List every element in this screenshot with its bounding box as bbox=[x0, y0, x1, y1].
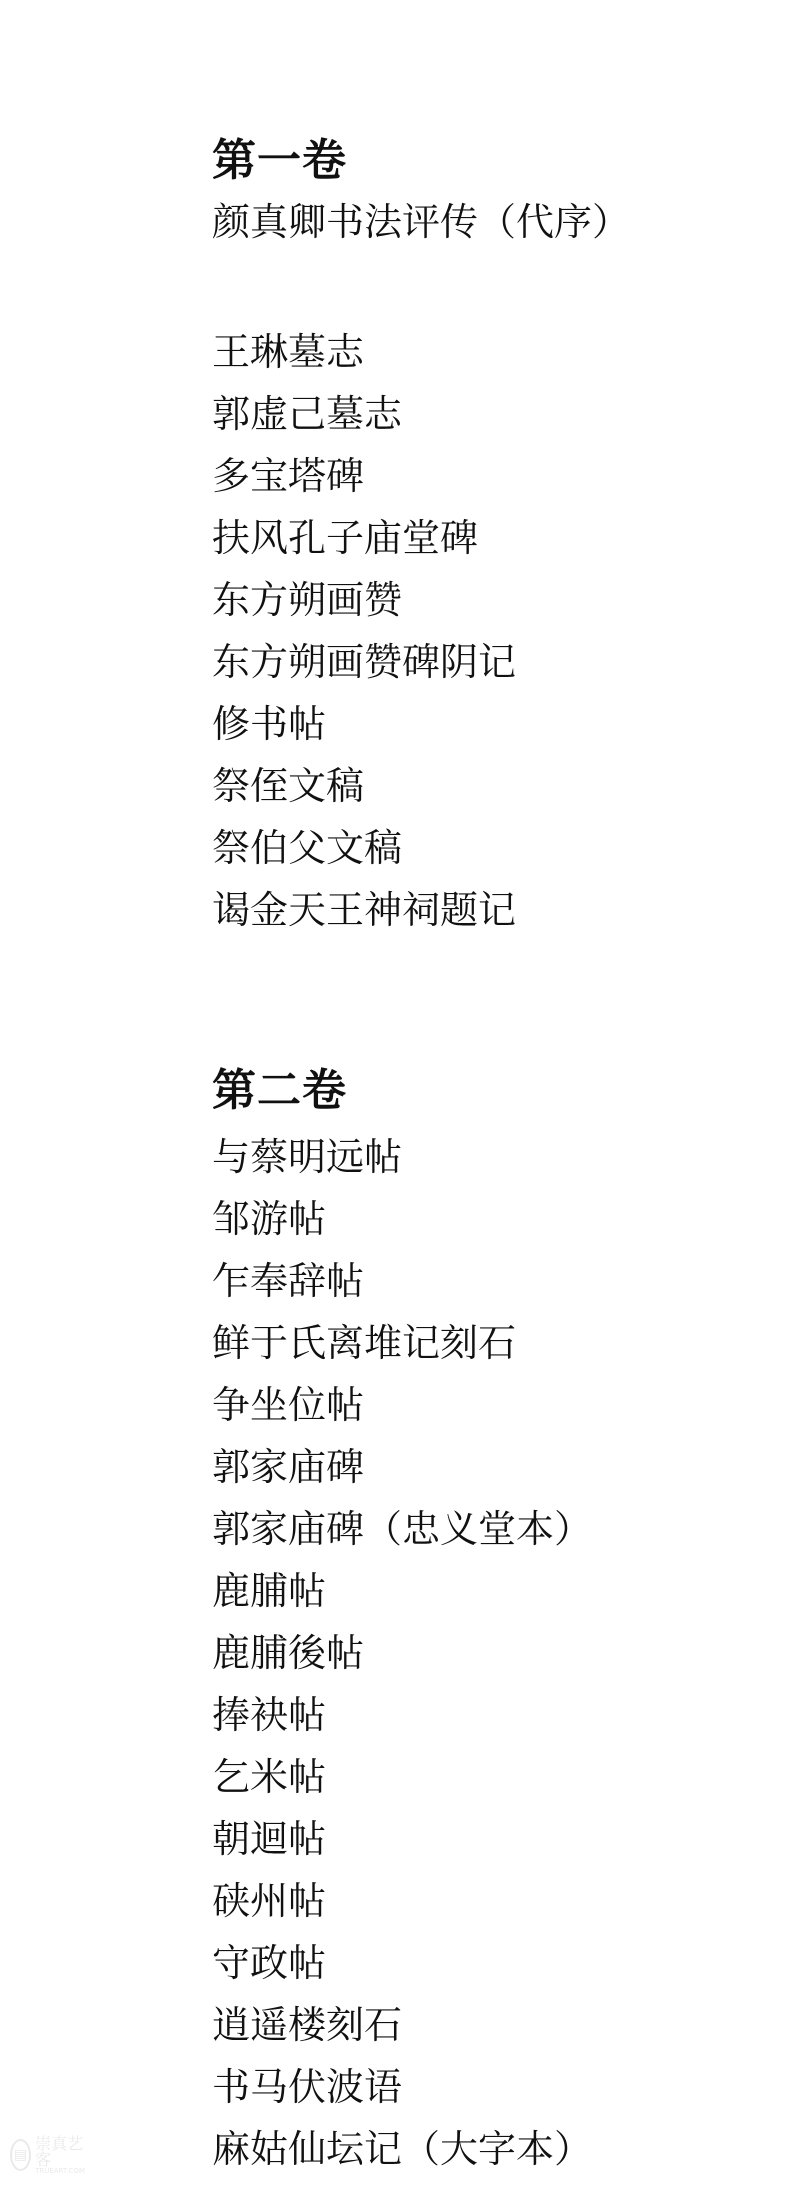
watermark: ▤ 崇真艺客 TRUEART.COM bbox=[10, 2135, 85, 2175]
watermark-en: TRUEART.COM bbox=[35, 2168, 85, 2175]
list-item: 硖州帖 bbox=[212, 1879, 326, 1923]
list-item: 邹游帖 bbox=[212, 1197, 326, 1241]
list-item: 鲜于氏离堆记刻石 bbox=[212, 1321, 516, 1365]
list-item: 东方朔画赞 bbox=[212, 578, 402, 622]
volume-2-title: 第二卷 bbox=[212, 1066, 347, 1116]
list-item: 鹿脯帖 bbox=[212, 1569, 326, 1613]
list-item: 祭伯父文稿 bbox=[212, 826, 402, 870]
list-item: 修书帖 bbox=[212, 702, 326, 746]
list-item: 王琳墓志 bbox=[212, 330, 364, 374]
list-item: 多宝塔碑 bbox=[212, 454, 364, 498]
list-item: 麻姑仙坛记（大字本） bbox=[212, 2127, 592, 2171]
list-item: 乞米帖 bbox=[212, 1755, 326, 1799]
list-item: 朝迴帖 bbox=[212, 1817, 326, 1861]
list-item: 郭家庙碑（忠义堂本） bbox=[212, 1507, 592, 1551]
list-item: 鹿脯後帖 bbox=[212, 1631, 364, 1675]
document-icon: ▤ bbox=[10, 2139, 31, 2171]
list-item: 祭侄文稿 bbox=[212, 764, 364, 808]
list-item: 扶风孔子庙堂碑 bbox=[212, 516, 478, 560]
watermark-cn: 崇真艺客 bbox=[35, 2136, 85, 2168]
list-item: 东方朔画赞碑阴记 bbox=[212, 640, 516, 684]
list-item: 郭虚己墓志 bbox=[212, 392, 402, 436]
list-item: 谒金天王神祠题记 bbox=[212, 888, 516, 932]
list-item: 郭家庙碑 bbox=[212, 1445, 364, 1489]
list-item: 逍遥楼刻石 bbox=[212, 2003, 402, 2047]
list-item: 守政帖 bbox=[212, 1941, 326, 1985]
list-item: 乍奉辞帖 bbox=[212, 1259, 364, 1303]
list-item: 与蔡明远帖 bbox=[212, 1135, 402, 1179]
list-item: 争坐位帖 bbox=[212, 1383, 364, 1427]
list-item: 捧袂帖 bbox=[212, 1693, 326, 1737]
volume-1-title: 第一卷 bbox=[212, 136, 347, 186]
list-item: 书马伏波语 bbox=[212, 2065, 402, 2109]
volume-1-preface: 颜真卿书法评传（代序） bbox=[212, 200, 630, 244]
